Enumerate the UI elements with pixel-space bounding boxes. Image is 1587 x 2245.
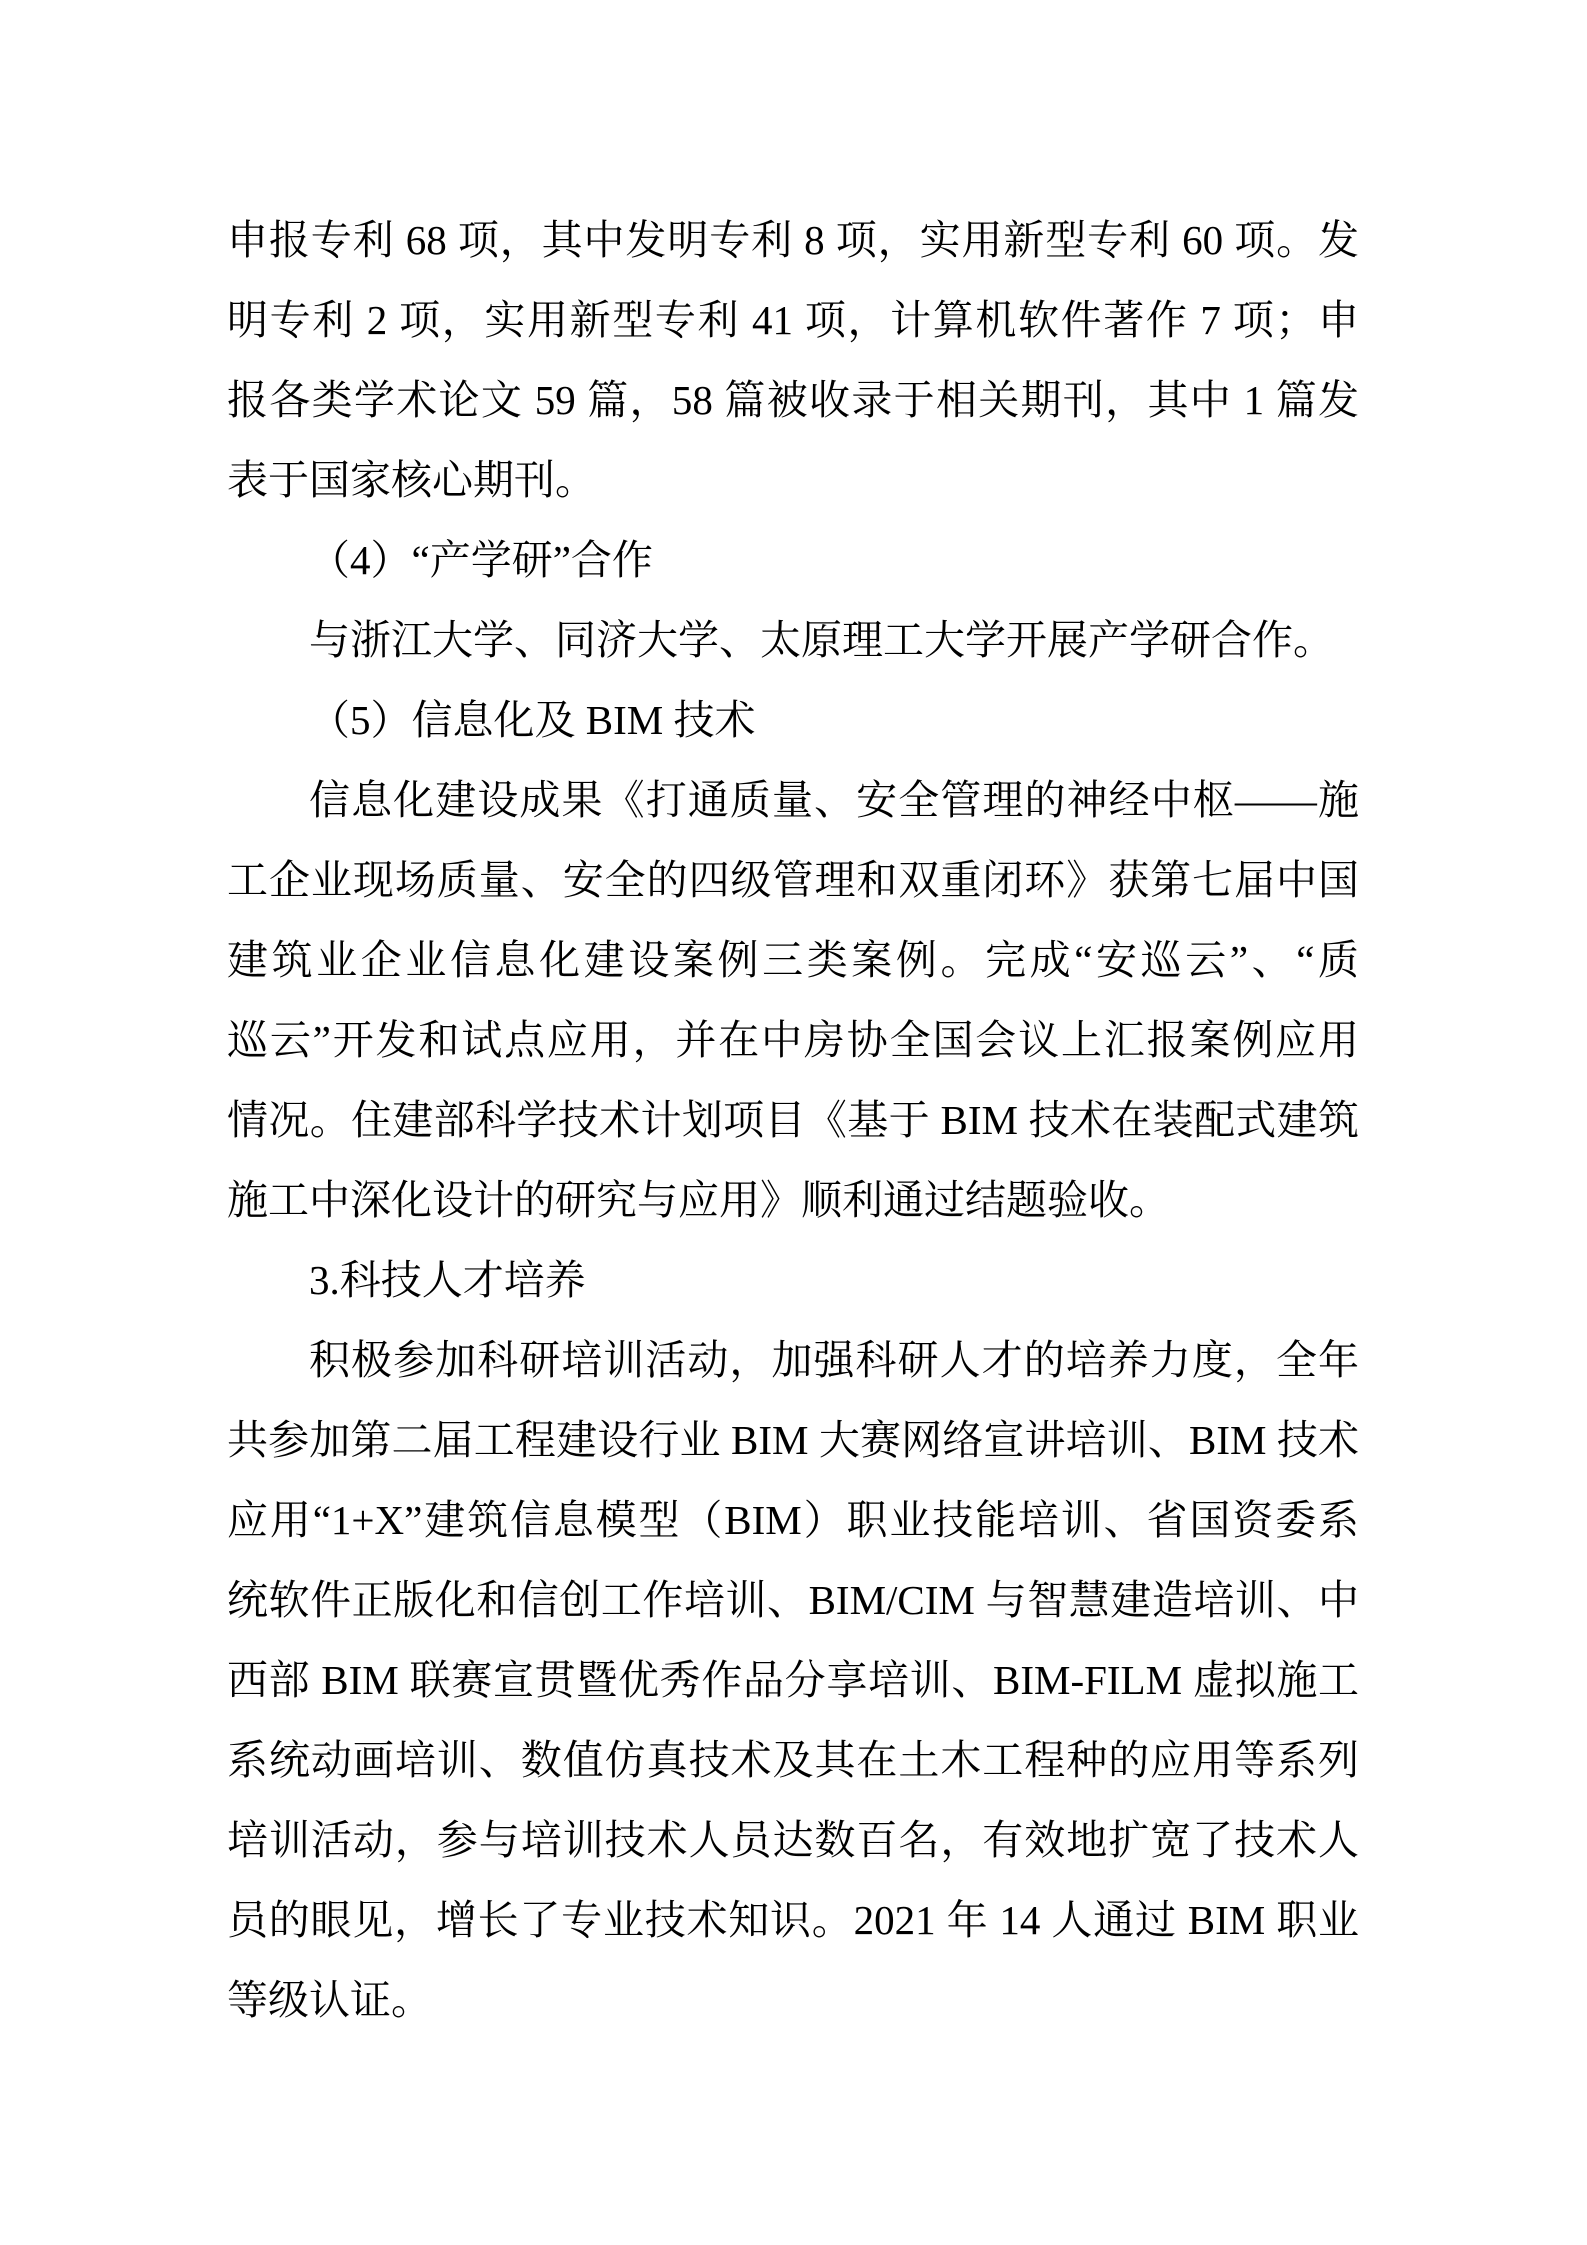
text-line: 统软件正版化和信创工作培训、BIM/CIM 与智慧建造培训、中 (227, 1560, 1359, 1640)
text-line: 报各类学术论文 59 篇，58 篇被收录于相关期刊，其中 1 篇发 (227, 360, 1359, 440)
text-line: 与浙江大学、同济大学、太原理工大学开展产学研合作。 (227, 600, 1359, 680)
text-line: 施工中深化设计的研究与应用》顺利通过结题验收。 (227, 1160, 1359, 1240)
text-line: 系统动画培训、数值仿真技术及其在土木工程种的应用等系列 (227, 1720, 1359, 1800)
text-line: 积极参加科研培训活动，加强科研人才的培养力度，全年 (227, 1320, 1359, 1400)
page-text: 申报专利 68 项，其中发明专利 8 项，实用新型专利 60 项。发明专利 2 … (227, 200, 1359, 2040)
text-line: 培训活动，参与培训技术人员达数百名，有效地扩宽了技术人 (227, 1800, 1359, 1880)
text-line: 申报专利 68 项，其中发明专利 8 项，实用新型专利 60 项。发 (227, 200, 1359, 280)
text-line: 3.科技人才培养 (227, 1240, 1359, 1320)
text-line: 巡云”开发和试点应用，并在中房协全国会议上汇报案例应用 (227, 1000, 1359, 1080)
text-line: 信息化建设成果《打通质量、安全管理的神经中枢——施 (227, 760, 1359, 840)
text-line: 表于国家核心期刊。 (227, 440, 1359, 520)
text-line: （5）信息化及 BIM 技术 (227, 680, 1359, 760)
text-line: 等级认证。 (227, 1960, 1359, 2040)
text-line: 西部 BIM 联赛宣贯暨优秀作品分享培训、BIM-FILM 虚拟施工 (227, 1640, 1359, 1720)
text-line: 员的眼见，增长了专业技术知识。2021 年 14 人通过 BIM 职业 (227, 1880, 1359, 1960)
text-line: 共参加第二届工程建设行业 BIM 大赛网络宣讲培训、BIM 技术 (227, 1400, 1359, 1480)
text-line: 工企业现场质量、安全的四级管理和双重闭环》获第七届中国 (227, 840, 1359, 920)
text-line: （4）“产学研”合作 (227, 520, 1359, 600)
text-line: 情况。住建部科学技术计划项目《基于 BIM 技术在装配式建筑 (227, 1080, 1359, 1160)
text-line: 应用“1+X”建筑信息模型（BIM）职业技能培训、省国资委系 (227, 1480, 1359, 1560)
text-line: 明专利 2 项，实用新型专利 41 项，计算机软件著作 7 项；申 (227, 280, 1359, 360)
text-line: 建筑业企业信息化建设案例三类案例。完成“安巡云”、“质 (227, 920, 1359, 1000)
document-page: 申报专利 68 项，其中发明专利 8 项，实用新型专利 60 项。发明专利 2 … (0, 0, 1587, 2245)
